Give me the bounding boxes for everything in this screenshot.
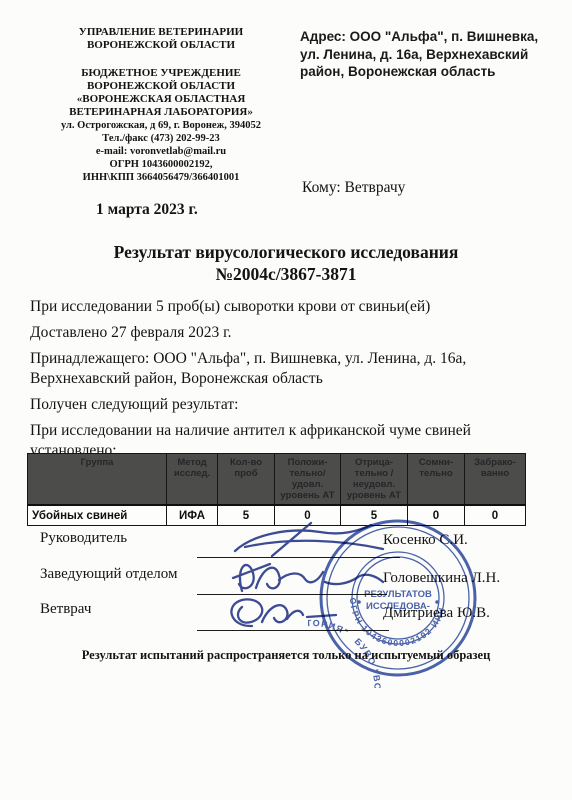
- body-line-delivered: Доставлено 27 февраля 2023 г.: [30, 323, 545, 343]
- footer-note: Результат испытаний распространяется тол…: [0, 648, 572, 663]
- stamp-dot: [357, 600, 361, 604]
- contact-phone: Тел./факс (473) 202-99-23: [35, 132, 287, 145]
- col-header-doubtful: Сомни­тельно: [408, 454, 465, 506]
- letterhead-authority: УПРАВЛЕНИЕ ВЕТЕРИНАРИИ ВОРОНЕЖСКОЙ ОБЛАС…: [35, 26, 287, 52]
- signature-line: [197, 630, 389, 631]
- cell-negative: 5: [341, 505, 408, 526]
- cell-samples: 5: [218, 505, 275, 526]
- cell-rejected: 0: [465, 505, 526, 526]
- col-header-negative: Отрица­тельно / неудовл. уровень АТ: [341, 454, 408, 506]
- document-title: Результат вирусологического исследования…: [0, 241, 572, 285]
- signature-line: [197, 594, 387, 595]
- table-row: Убойных свиней ИФА 5 0 5 0 0: [28, 505, 526, 526]
- recipient-address-line: ул. Ленина, д. 16а, Верхнехавский: [300, 46, 550, 64]
- signature-role-vet: Ветврач: [40, 601, 91, 618]
- title-line: Результат вирусологического исследования: [0, 241, 572, 263]
- col-header-samples: Кол-во проб: [218, 454, 275, 506]
- stamp-dot: [435, 600, 439, 604]
- signature-stroke-vet: [231, 599, 336, 626]
- authority-line: ВОРОНЕЖСКОЙ ОБЛАСТИ: [35, 39, 287, 52]
- cell-group: Убойных свиней: [28, 505, 167, 526]
- letterhead-contacts: ул. Острогожская, д 69, г. Воронеж, 3940…: [35, 119, 287, 184]
- contact-inn-kpp: ИНН\КПП 3664056479/366401001: [35, 171, 287, 184]
- recipient-address-line: Адрес: ООО "Альфа", п. Вишневка,: [300, 28, 550, 46]
- signature-role-dept-head: Заведующий отделом: [40, 566, 177, 583]
- handwritten-signatures: [190, 518, 415, 640]
- organization-line: БЮДЖЕТНОЕ УЧРЕЖДЕНИЕ: [35, 67, 287, 80]
- signature-line: [197, 557, 400, 558]
- col-header-rejected: Забрако­ванно: [465, 454, 526, 506]
- letterhead-organization: БЮДЖЕТНОЕ УЧРЕЖДЕНИЕ ВОРОНЕЖСКОЙ ОБЛАСТИ…: [35, 67, 287, 119]
- results-table: Группа Метод исслед. Кол-во проб Положи­…: [27, 453, 526, 526]
- results-table-header-row: Группа Метод исслед. Кол-во проб Положи­…: [28, 454, 526, 506]
- signature-name-kosenko: Косенко С.И.: [383, 532, 468, 549]
- organization-line: «ВОРОНЕЖСКАЯ ОБЛАСТНАЯ: [35, 93, 287, 106]
- signature-name-goloveshkina: Головешкина Л.Н.: [383, 570, 500, 587]
- signature-stroke-head: [235, 523, 383, 556]
- recipient-address-line: район, Воронежская область: [300, 63, 550, 81]
- cell-doubtful: 0: [408, 505, 465, 526]
- body-text: При исследовании 5 проб(ы) сыворотки кро…: [30, 297, 545, 467]
- body-line-samples: При исследовании 5 проб(ы) сыворотки кро…: [30, 297, 545, 317]
- title-number: №2004с/3867-3871: [0, 263, 572, 285]
- contact-email: e-mail: voronvetlab@mail.ru: [35, 145, 287, 158]
- organization-line: ВОРОНЕЖСКОЙ ОБЛАСТИ: [35, 80, 287, 93]
- body-line-owner: Принадлежащего: ООО "Альфа", п. Вишневка…: [30, 349, 545, 389]
- document-date: 1 марта 2023 г.: [96, 201, 198, 219]
- signature-name-dmitrieva: Дмитриева Ю.В.: [383, 605, 490, 622]
- signature-stroke-dept-head: [233, 564, 383, 591]
- col-header-positive: Положи­тельно/ удовл. уровень АТ: [275, 454, 341, 506]
- letterhead-org-block: УПРАВЛЕНИЕ ВЕТЕРИНАРИИ ВОРОНЕЖСКОЙ ОБЛАС…: [35, 26, 287, 184]
- organization-line: ВЕТЕРИНАРНАЯ ЛАБОРАТОРИЯ»: [35, 106, 287, 119]
- contact-address: ул. Острогожская, д 69, г. Воронеж, 3940…: [35, 119, 287, 132]
- cell-positive: 0: [275, 505, 341, 526]
- signature-role-head: Руководитель: [40, 530, 127, 547]
- col-header-method: Метод исслед.: [167, 454, 218, 506]
- recipient-address: Адрес: ООО "Альфа", п. Вишневка, ул. Лен…: [300, 28, 550, 81]
- recipient-to: Кому: Ветврачу: [302, 179, 405, 197]
- cell-method: ИФА: [167, 505, 218, 526]
- authority-line: УПРАВЛЕНИЕ ВЕТЕРИНАРИИ: [35, 26, 287, 39]
- col-header-group: Группа: [28, 454, 167, 506]
- contact-ogrn: ОГРН 1043600002192,: [35, 158, 287, 171]
- document-page: УПРАВЛЕНИЕ ВЕТЕРИНАРИИ ВОРОНЕЖСКОЙ ОБЛАС…: [0, 0, 572, 800]
- body-line-result-intro: Получен следующий результат:: [30, 395, 545, 415]
